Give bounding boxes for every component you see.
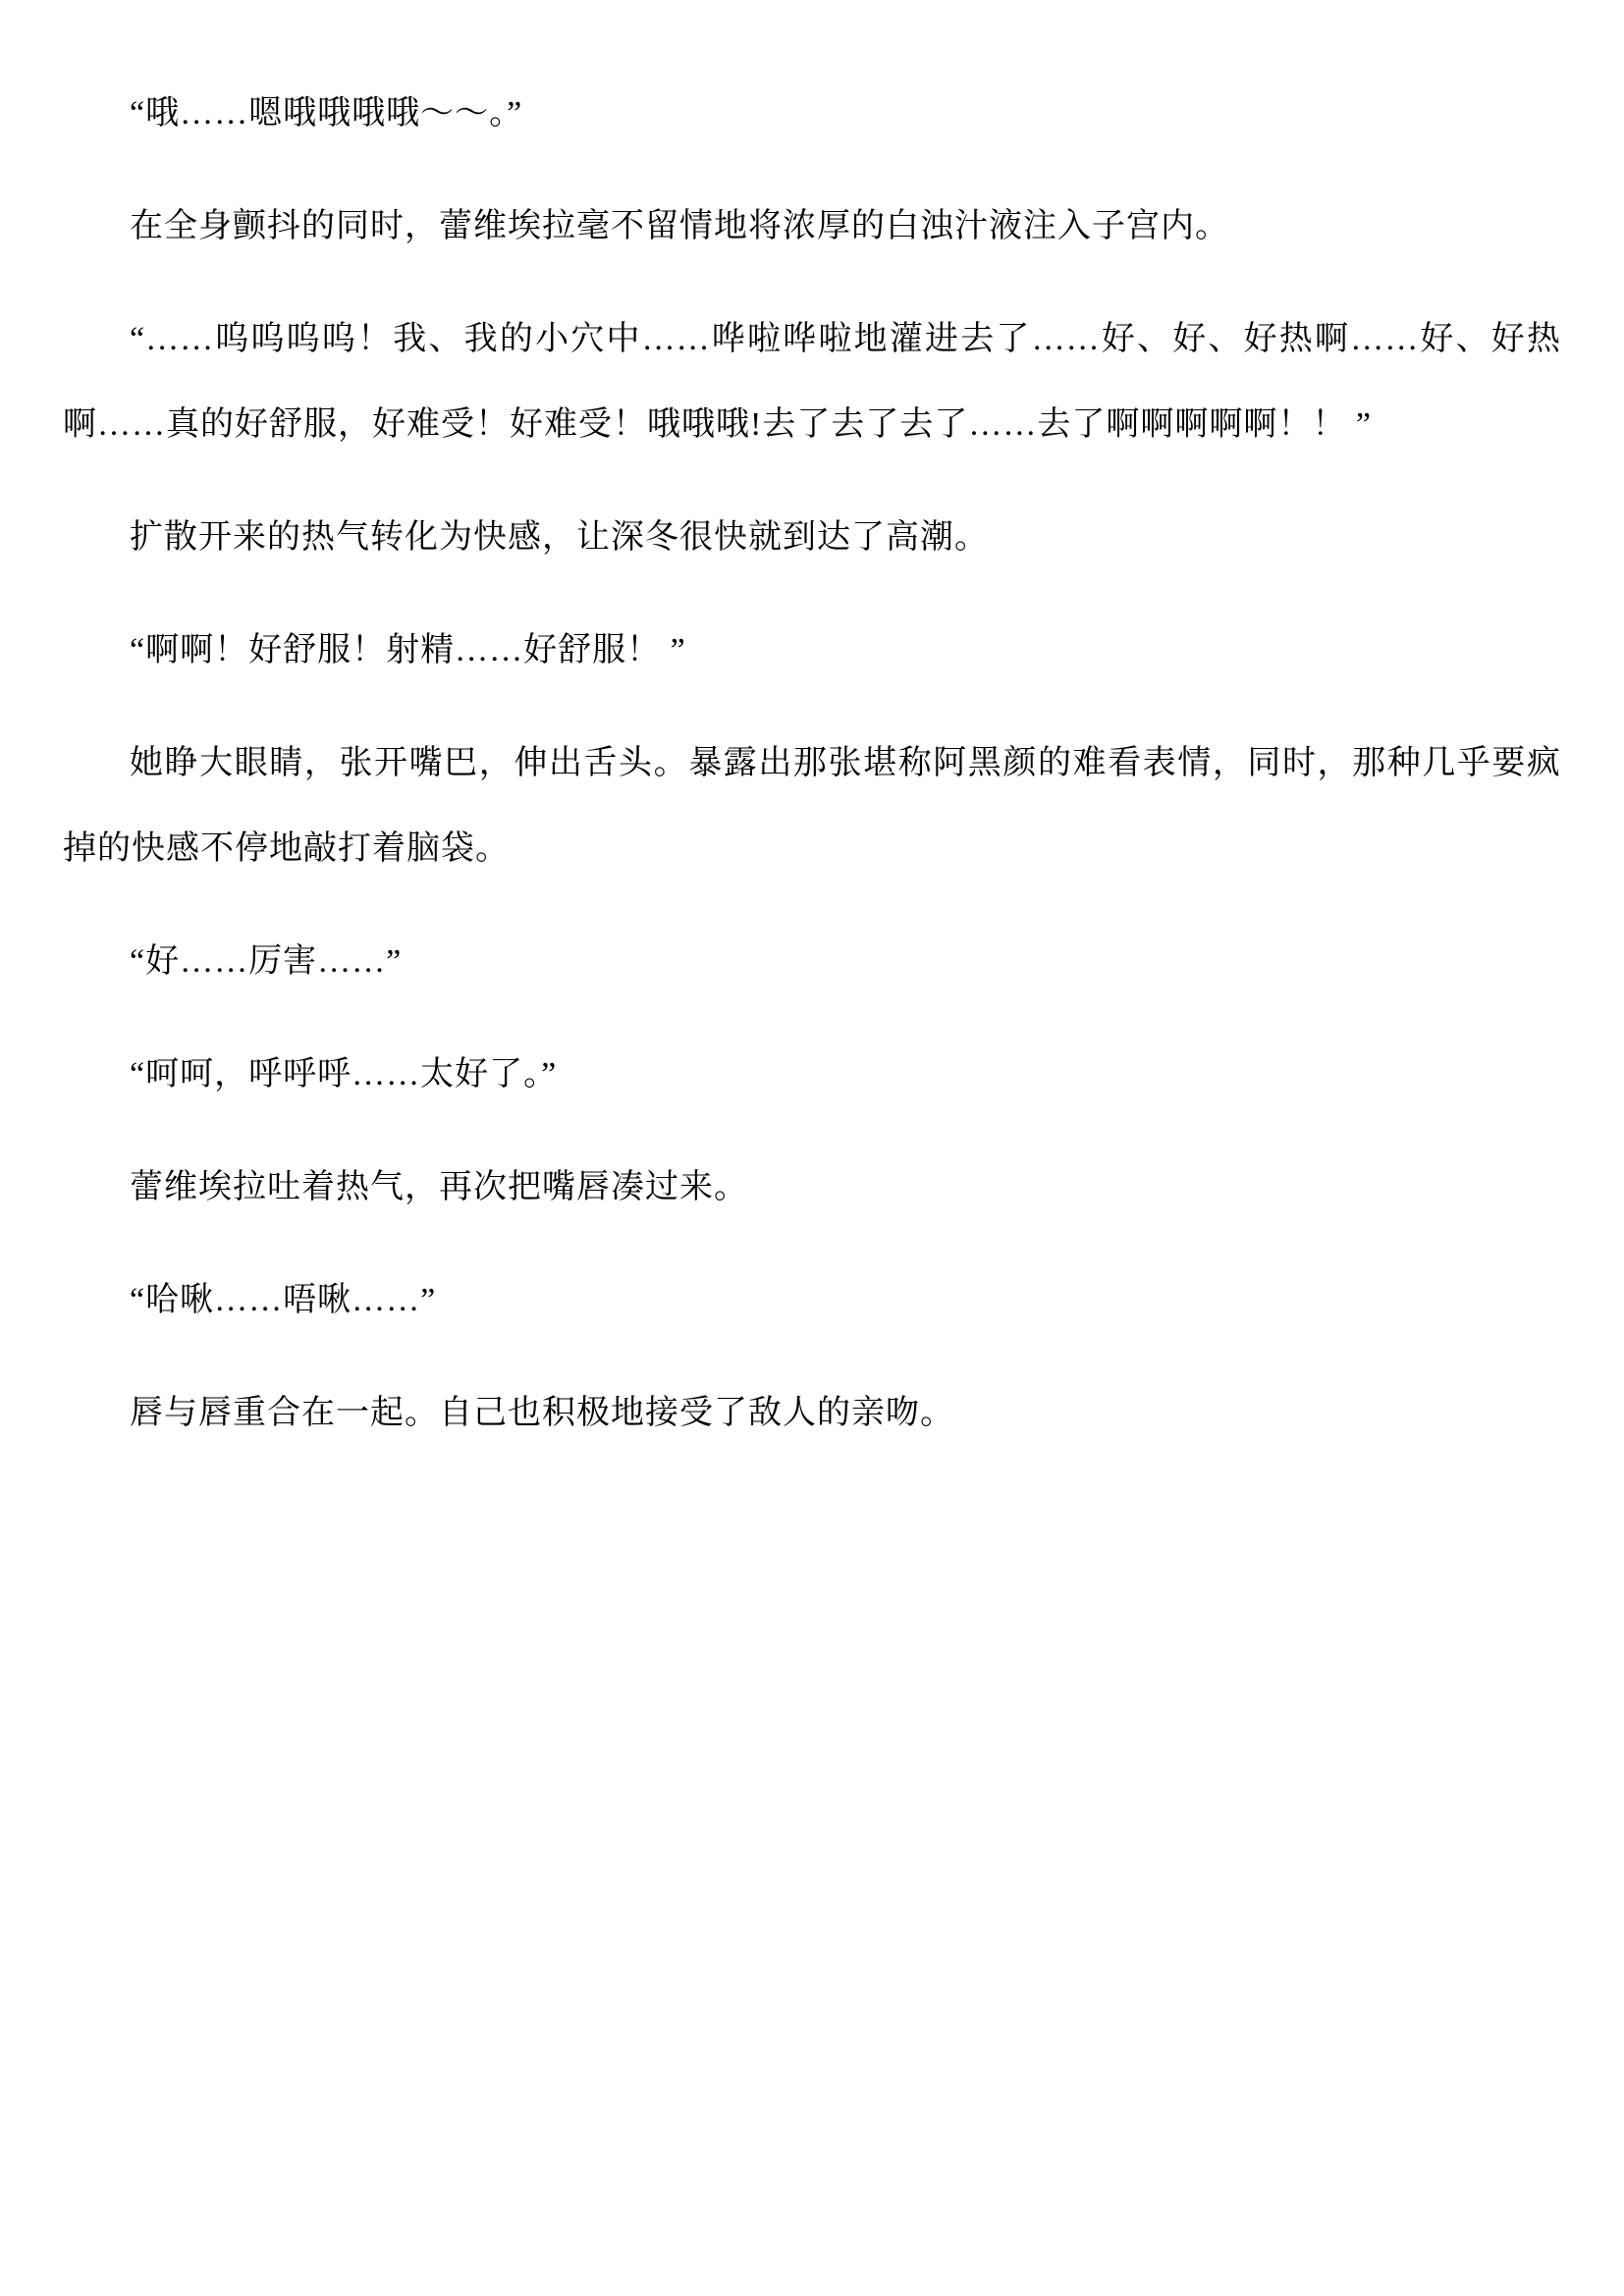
document-page: “哦……嗯哦哦哦哦～～。” 在全身颤抖的同时，蕾维埃拉毫不留情地将浓厚的白浊汁液…: [0, 0, 1624, 2296]
paragraph: 蕾维埃拉吐着热气，再次把嘴唇凑过来。: [63, 1145, 1561, 1230]
paragraph: 唇与唇重合在一起。自己也积极地接受了敌人的亲吻。: [63, 1370, 1561, 1456]
paragraph: “好……厉害……”: [63, 919, 1561, 1004]
paragraph: “啊啊！好舒服！射精……好舒服！ ”: [63, 608, 1561, 693]
paragraph: 她睁大眼睛，张开嘴巴，伸出舌头。暴露出那张堪称阿黑颜的难看表情，同时，那种几乎要…: [63, 721, 1561, 891]
paragraph: “哈啾……唔啾……”: [63, 1257, 1561, 1343]
paragraph: “哦……嗯哦哦哦哦～～。”: [63, 71, 1561, 156]
paragraph: “……呜呜呜呜！我、我的小穴中……哗啦哗啦地灌进去了……好、好、好热啊……好、好…: [63, 296, 1561, 467]
paragraph: 在全身颤抖的同时，蕾维埃拉毫不留情地将浓厚的白浊汁液注入子宫内。: [63, 184, 1561, 269]
paragraph: “呵呵，呼呼呼……太好了。”: [63, 1032, 1561, 1117]
paragraph: 扩散开来的热气转化为快感，让深冬很快就到达了高潮。: [63, 495, 1561, 580]
